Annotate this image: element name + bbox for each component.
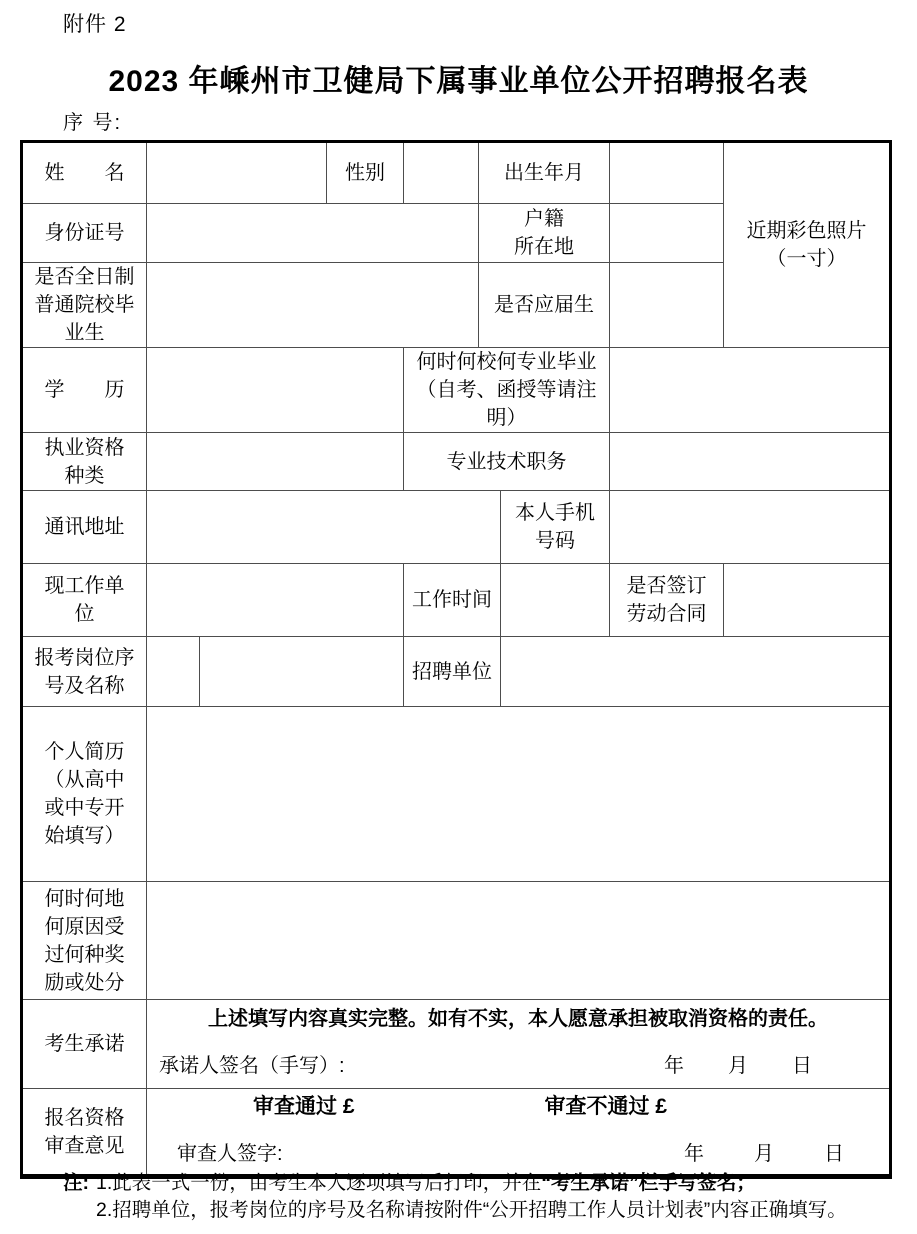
birth-label: 出生年月 bbox=[479, 142, 610, 204]
footnote-1-text: 1.此表一式一份，由考生本人逐项填写后打印，并在 bbox=[96, 1172, 541, 1194]
resume-label: 个人简历 （从高中 或中专开 始填写） bbox=[22, 707, 147, 882]
qualification-input-cell[interactable] bbox=[147, 433, 404, 491]
row-name: 姓 名 性别 出生年月 近期彩色照片 （一寸） bbox=[22, 142, 891, 204]
awards-label: 何时何地 何原因受 过何种奖 励或处分 bbox=[22, 882, 147, 1000]
qualification-label: 执业资格 种类 bbox=[22, 433, 147, 491]
tech-title-input-cell[interactable] bbox=[610, 433, 891, 491]
awards-input-cell[interactable] bbox=[147, 882, 891, 1000]
household-input-cell[interactable] bbox=[610, 204, 724, 263]
footnote-2: 2.招聘单位，报考岗位的序号及名称请按附件“公开招聘工作人员计划表”内容正确填写… bbox=[96, 1197, 847, 1224]
fulltime-input-cell[interactable] bbox=[147, 263, 479, 348]
fresh-graduate-input-cell[interactable] bbox=[610, 263, 724, 348]
review-label: 报名资格 审查意见 bbox=[22, 1089, 147, 1177]
row-address: 通讯地址 本人手机 号码 bbox=[22, 491, 891, 564]
page-title: 2023 年嵊州市卫健局下属事业单位公开招聘报名表 bbox=[0, 56, 917, 100]
address-label: 通讯地址 bbox=[22, 491, 147, 564]
attachment-label: 附件 2 bbox=[63, 8, 127, 38]
birth-input-cell[interactable] bbox=[610, 142, 724, 204]
name-input-cell[interactable] bbox=[147, 142, 327, 204]
review-fail-checkbox[interactable]: 审查不通过 £ bbox=[545, 1093, 668, 1121]
footnote-1: 1.此表一式一份，由考生本人逐项填写后打印，并在“考生承诺”栏手写签名； bbox=[96, 1170, 847, 1197]
promise-date-fields: 年 月 日 bbox=[664, 1052, 812, 1080]
row-qualification: 执业资格 种类 专业技术职务 bbox=[22, 433, 891, 491]
fulltime-graduate-label: 是否全日制 普通院校毕 业生 bbox=[22, 263, 147, 348]
contract-input-cell[interactable] bbox=[724, 564, 891, 637]
year-label: 年 bbox=[684, 1140, 704, 1168]
month-label: 月 bbox=[754, 1140, 774, 1168]
resume-input-cell[interactable] bbox=[147, 707, 891, 882]
gender-label: 性别 bbox=[327, 142, 404, 204]
phone-input-cell[interactable] bbox=[610, 491, 891, 564]
gender-input-cell[interactable] bbox=[404, 142, 479, 204]
promise-content-cell: 上述填写内容真实完整。如有不实，本人愿意承担被取消资格的责任。 承诺人签名（手写… bbox=[147, 1000, 891, 1089]
footnote-prefix: 注: bbox=[63, 1170, 89, 1224]
row-resume: 个人简历 （从高中 或中专开 始填写） bbox=[22, 707, 891, 882]
row-promise: 考生承诺 上述填写内容真实完整。如有不实，本人愿意承担被取消资格的责任。 承诺人… bbox=[22, 1000, 891, 1089]
employer-input-cell[interactable] bbox=[147, 564, 404, 637]
review-pass-checkbox[interactable]: 审查通过 £ bbox=[253, 1093, 355, 1121]
footnote-1-bold-text: “考生承诺”栏手写签名； bbox=[541, 1172, 756, 1194]
row-awards: 何时何地 何原因受 过何种奖 励或处分 bbox=[22, 882, 891, 1000]
education-label: 学 历 bbox=[22, 348, 147, 433]
graduation-info-label: 何时何校何专业毕业 （自考、函授等请注明） bbox=[404, 348, 610, 433]
work-time-input-cell[interactable] bbox=[501, 564, 610, 637]
household-label: 户籍 所在地 bbox=[479, 204, 610, 263]
recruit-unit-input-cell[interactable] bbox=[501, 637, 891, 707]
serial-number-label: 序 号: bbox=[63, 106, 122, 135]
registration-table: 姓 名 性别 出生年月 近期彩色照片 （一寸） 身份证号 户籍 所在地 是否全日… bbox=[20, 140, 892, 1179]
tech-title-label: 专业技术职务 bbox=[404, 433, 610, 491]
recruit-unit-label: 招聘单位 bbox=[404, 637, 501, 707]
work-time-label: 工作时间 bbox=[404, 564, 501, 637]
position-label: 报考岗位序 号及名称 bbox=[22, 637, 147, 707]
review-date-fields: 年 月 日 bbox=[684, 1140, 844, 1168]
id-number-label: 身份证号 bbox=[22, 204, 147, 263]
year-label: 年 bbox=[664, 1052, 684, 1080]
phone-label: 本人手机 号码 bbox=[501, 491, 610, 564]
month-label: 月 bbox=[728, 1052, 748, 1080]
day-label: 日 bbox=[824, 1140, 844, 1168]
education-input-cell[interactable] bbox=[147, 348, 404, 433]
promise-signature-label[interactable]: 承诺人签名（手写）: bbox=[159, 1052, 345, 1080]
promise-label: 考生承诺 bbox=[22, 1000, 147, 1089]
reviewer-signature-label[interactable]: 审查人签字: bbox=[177, 1140, 283, 1168]
row-education: 学 历 何时何校何专业毕业 （自考、函授等请注明） bbox=[22, 348, 891, 433]
footnotes: 注: 1.此表一式一份，由考生本人逐项填写后打印，并在“考生承诺”栏手写签名； … bbox=[63, 1170, 847, 1224]
row-position: 报考岗位序 号及名称 招聘单位 bbox=[22, 637, 891, 707]
id-number-input-cell[interactable] bbox=[147, 204, 479, 263]
row-review: 报名资格 审查意见 审查通过 £ 审查不通过 £ 审查人签字: 年 月 日 bbox=[22, 1089, 891, 1177]
review-content-cell: 审查通过 £ 审查不通过 £ 审查人签字: 年 月 日 bbox=[147, 1089, 891, 1177]
footnote-lines: 1.此表一式一份，由考生本人逐项填写后打印，并在“考生承诺”栏手写签名； 2.招… bbox=[96, 1170, 847, 1224]
row-employer: 现工作单 位 工作时间 是否签订 劳动合同 bbox=[22, 564, 891, 637]
promise-statement: 上述填写内容真实完整。如有不实，本人愿意承担被取消资格的责任。 bbox=[147, 1005, 889, 1033]
position-name-input-cell[interactable] bbox=[200, 637, 404, 707]
position-code-input-cell[interactable] bbox=[147, 637, 200, 707]
fresh-graduate-label: 是否应届生 bbox=[479, 263, 610, 348]
contract-label: 是否签订 劳动合同 bbox=[610, 564, 724, 637]
name-label: 姓 名 bbox=[22, 142, 147, 204]
photo-placeholder-cell: 近期彩色照片 （一寸） bbox=[724, 142, 891, 348]
graduation-info-input-cell[interactable] bbox=[610, 348, 891, 433]
employer-label: 现工作单 位 bbox=[22, 564, 147, 637]
address-input-cell[interactable] bbox=[147, 491, 501, 564]
registration-form-page: 附件 2 2023 年嵊州市卫健局下属事业单位公开招聘报名表 序 号: 姓 名 … bbox=[0, 0, 917, 1234]
day-label: 日 bbox=[792, 1052, 812, 1080]
